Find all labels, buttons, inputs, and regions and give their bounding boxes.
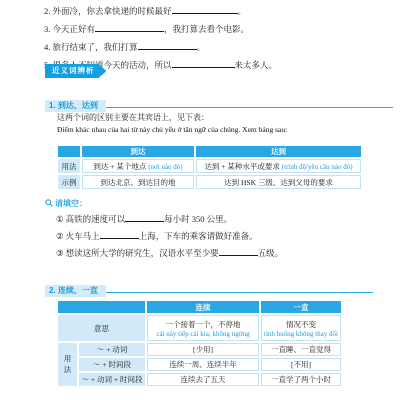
fill-item: ③想读这所大学的研究生，汉语水平至少要五级。 (56, 245, 283, 262)
item-number: 3. (44, 24, 50, 34)
synonym-analysis-badge: 近义词辨析 (45, 64, 107, 78)
fill-in-prompt: 请填空： (45, 198, 87, 209)
section2-title: 2. 连续、一直 (45, 285, 106, 297)
usage-zh: 达到 + 某种水平或要求 (204, 162, 281, 171)
meaning-vi: tình huống không thay đổi (262, 330, 340, 338)
meaning-zh: 一个接着一个，不停地 (148, 319, 258, 330)
item-text-pre: 火车马上 (66, 231, 100, 241)
pattern-label: ～ + 动词 (79, 343, 145, 356)
usage-cell: [少用] (147, 343, 259, 356)
usage-cell: 到达 + 某个地点 (nơi nào đó) (82, 159, 194, 173)
circled-number: ① (56, 214, 64, 224)
row-label: 意思 (58, 315, 145, 341)
item-text-post: ，我打算去看个电影。 (164, 24, 249, 34)
meaning-vi: cái này tiếp cái kia; không ngừng (148, 330, 258, 338)
item-text-post: 。 (197, 42, 206, 52)
usage-cell: 一直睡、一直觉得 (261, 343, 341, 356)
fill-blank (125, 214, 164, 222)
item-text-pre: 想读这所大学的研究生，汉语水平至少要 (66, 248, 219, 258)
usage-cell: 一直学了两个小时 (261, 373, 341, 386)
fill-item: ②火车马上上海，下车的乘客请做好准备。 (56, 228, 283, 245)
section2-header: 2. 连续、一直 (45, 280, 106, 293)
example-cell: 达到 HSK 三级、达到父母的要求 (196, 175, 361, 189)
usage-cell: 连续一周、连续半年 (147, 358, 259, 371)
section1-title: 1. 到达、达到 (45, 100, 106, 112)
exercise-item-list: 2. 外面冷，你去拿快递的时候最好。 3. 今天正好有，我打算去看个电影。 4.… (44, 2, 277, 74)
fill-item-list: ①高铁的速度可以每小时 350 公里。 ②火车马上上海，下车的乘客请做好准备。 … (56, 211, 283, 262)
usage-vi: (trình độ/yêu cầu nào đó) (282, 163, 353, 171)
fill-blank (138, 42, 197, 50)
usage-vi: (nơi nào đó) (148, 163, 182, 171)
item-number: 2. (44, 6, 50, 16)
item-text-pre: 高铁的速度可以 (66, 214, 126, 224)
column-header: 到达 (82, 146, 194, 157)
magnifier-icon (45, 199, 53, 207)
usage-cell: 达到 + 某种水平或要求 (trình độ/yêu cầu nào đó) (196, 159, 361, 173)
column-header: 一直 (261, 301, 341, 313)
section1-intro-zh: 这两个词的区别主要在其宾语上，见下表： (57, 112, 209, 123)
item-text-post: 每小时 350 公里。 (164, 214, 232, 224)
section1-intro-vi: Điểm khác nhau của hai từ này chủ yếu ở … (57, 125, 287, 134)
row-label: 示例 (58, 175, 80, 189)
item-text-post: 来太多人。 (235, 60, 278, 70)
item-number: 4. (44, 42, 50, 52)
column-header: 达到 (196, 146, 361, 157)
fill-blank (172, 6, 238, 14)
usage-cell: 连续去了五天 (147, 373, 259, 386)
fill-item: ①高铁的速度可以每小时 350 公里。 (56, 211, 283, 228)
row-label: 用法 (58, 159, 80, 173)
prompt-label: 请填空： (55, 199, 87, 208)
comparison-table-lianxu-yizhi: 连续 一直 意思 一个接着一个，不停地 cái này tiếp cái kia… (56, 299, 343, 388)
circled-number: ② (56, 231, 64, 241)
item-text-pre: 外面冷，你去拿快递的时候最好 (53, 6, 172, 16)
fill-blank (172, 60, 235, 68)
meaning-zh: 情况不变 (262, 319, 340, 330)
fill-blank (219, 248, 258, 256)
item-text-post: 。 (238, 6, 247, 16)
fill-blank (95, 24, 164, 32)
column-header: 连续 (147, 301, 259, 313)
pattern-label: ～ + 动词 + 时间段 (79, 373, 145, 386)
exercise-item: 4. 旅行结束了，我们打算。 (44, 38, 277, 56)
table-corner-cell (58, 301, 145, 313)
meaning-cell: 一个接着一个，不停地 cái này tiếp cái kia; không n… (147, 315, 259, 341)
circled-number: ③ (56, 248, 64, 258)
pattern-label: ～ + 时间段 (79, 358, 145, 371)
item-text-post: 上海，下车的乘客请做好准备。 (139, 231, 258, 241)
fill-blank (100, 231, 139, 239)
item-text-pre: 旅行结束了，我们打算 (53, 42, 138, 52)
usage-group-label: 用法 (58, 343, 77, 386)
usage-zh: 到达 + 某个地点 (93, 162, 148, 171)
comparison-table-daoda-dadao: 到达 达到 用法 到达 + 某个地点 (nơi nào đó) 达到 + 某种水… (56, 144, 363, 191)
section1-header: 1. 到达、达到 (45, 95, 106, 108)
usage-cell: [不用] (261, 358, 341, 371)
meaning-cell: 情况不变 tình huống không thay đổi (261, 315, 341, 341)
item-text-pre: 今天正好有 (53, 24, 96, 34)
table-corner-cell (58, 146, 80, 157)
textbook-page: 2. 外面冷，你去拿快递的时候最好。 3. 今天正好有，我打算去看个电影。 4.… (0, 0, 400, 400)
exercise-item: 3. 今天正好有，我打算去看个电影。 (44, 20, 277, 38)
example-cell: 到达北京、到达目的地 (82, 175, 194, 189)
item-text-post: 五级。 (258, 248, 284, 258)
exercise-item: 2. 外面冷，你去拿快递的时候最好。 (44, 2, 277, 20)
